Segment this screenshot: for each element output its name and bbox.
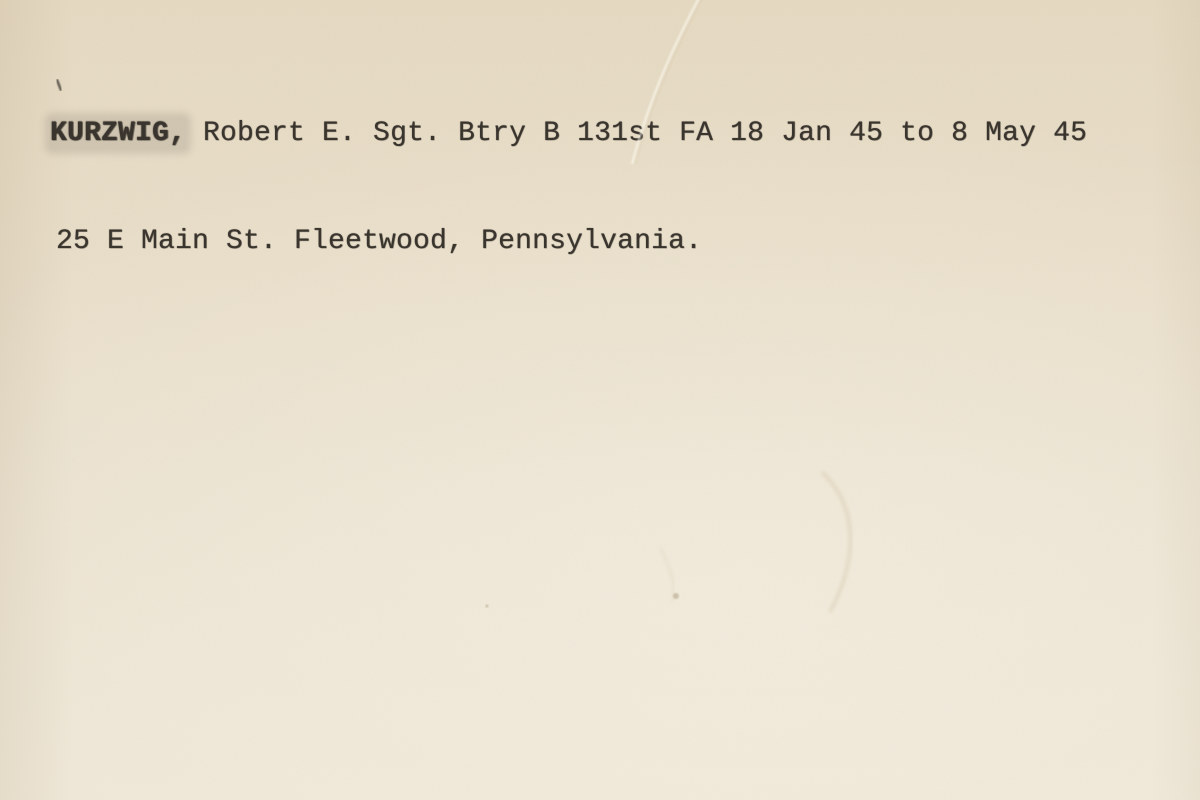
address-line: 25 E Main St. Fleetwood, Pennsylvania.	[50, 224, 1087, 260]
surname-overstruck: KURZWIG,	[50, 118, 186, 149]
service-record-line: KURZWIG, Robert E. Sgt. Btry B 131st FA …	[50, 116, 1087, 152]
curved-smudge	[660, 472, 850, 612]
ink-speck	[485, 593, 679, 608]
service-details: Robert E. Sgt. Btry B 131st FA 18 Jan 45…	[186, 118, 1087, 149]
typewritten-text: KURZWIG, Robert E. Sgt. Btry B 131st FA …	[50, 44, 1087, 332]
index-card: KURZWIG, Robert E. Sgt. Btry B 131st FA …	[0, 0, 1200, 800]
